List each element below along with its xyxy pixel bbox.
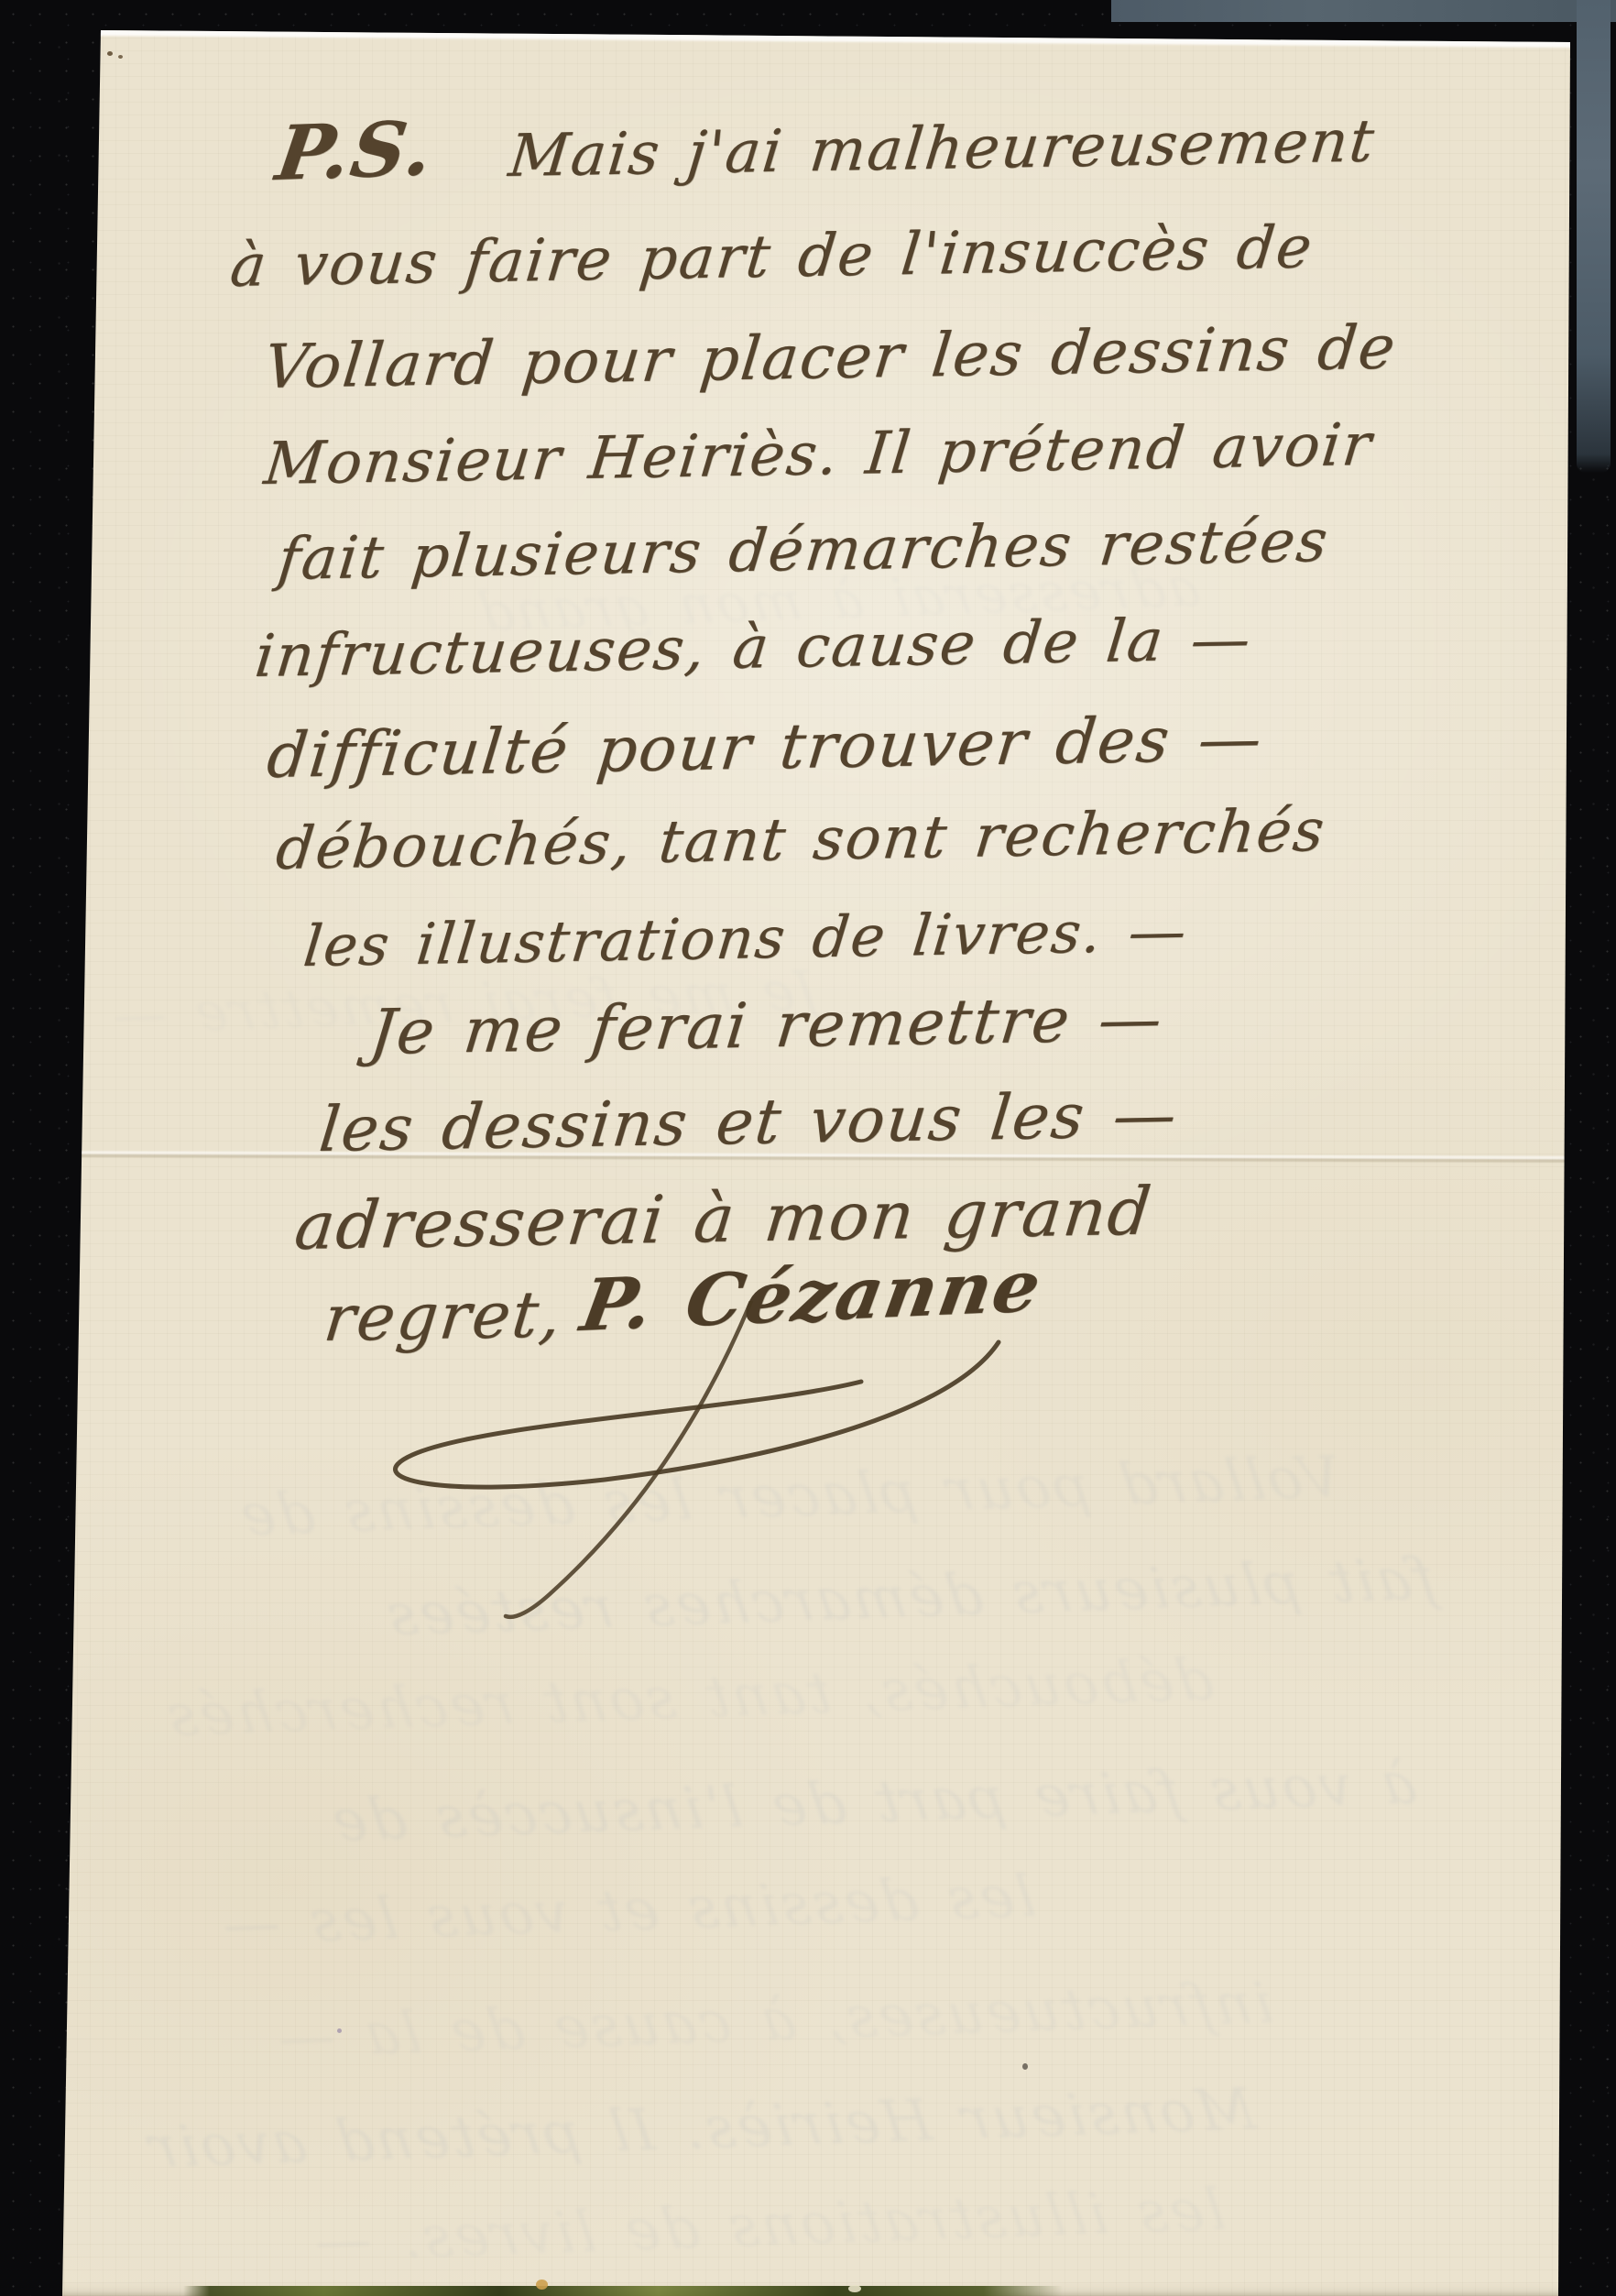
scan-edge-blemish	[536, 2280, 548, 2290]
signature-flourish	[275, 1301, 1099, 1631]
letter-page: Vollard pour placer les dessins de fait …	[0, 0, 1616, 2296]
paper-blemish	[1022, 2063, 1028, 2070]
signature-flourish-tail	[506, 1301, 751, 1617]
ink-speck	[118, 55, 123, 59]
postscript-label: P.S.	[271, 104, 440, 198]
scan-edge-blemish	[848, 2285, 861, 2292]
handwritten-line: Je me ferai remettre —	[366, 983, 1167, 1069]
scan-edge-artifact	[183, 2286, 1063, 2296]
letter-photograph: Vollard pour placer les dessins de fait …	[0, 0, 1616, 2296]
backing-edge-right	[1577, 0, 1611, 473]
ink-speck	[107, 51, 113, 56]
backing-edge-top	[1111, 0, 1616, 22]
handwritten-line: les dessins et vous les —	[316, 1079, 1182, 1166]
